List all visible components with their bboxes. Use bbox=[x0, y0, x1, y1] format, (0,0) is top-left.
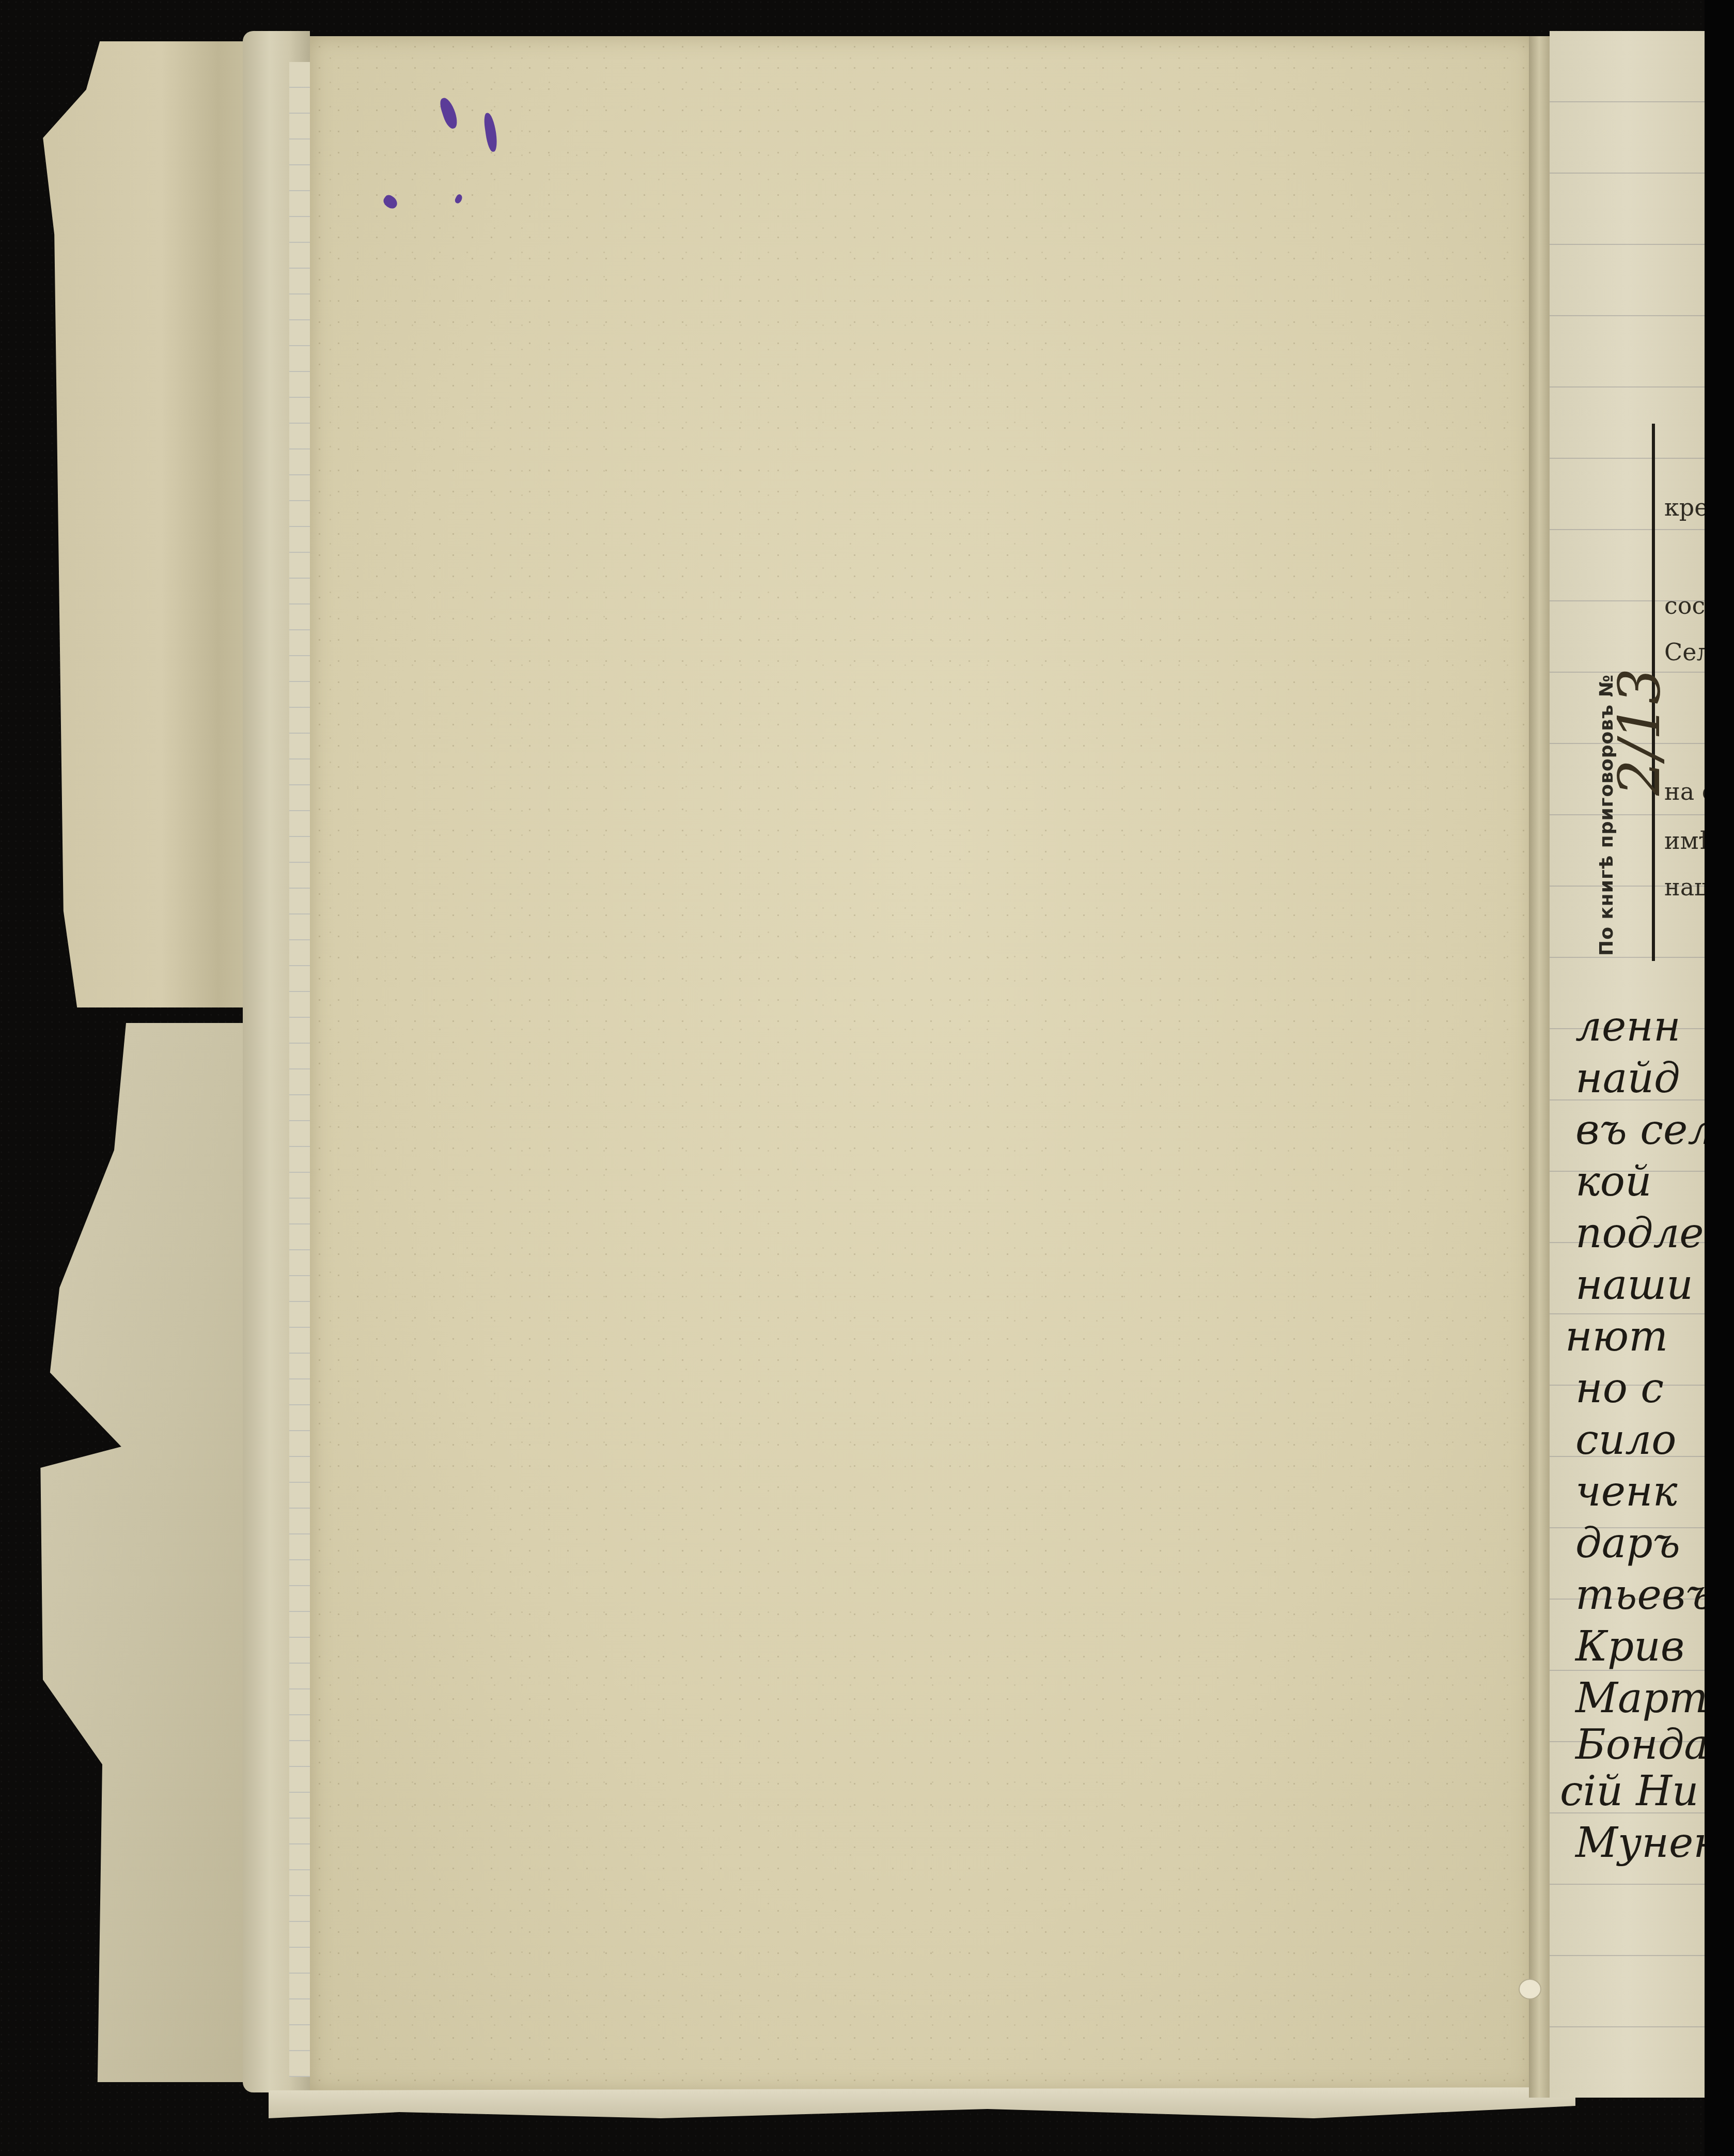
handwritten-line: найд bbox=[1575, 1054, 1680, 1102]
handwritten-line: даръ bbox=[1575, 1519, 1680, 1567]
binding-thread-knot-icon bbox=[1519, 1979, 1541, 1999]
printed-fragment: сост bbox=[1664, 592, 1705, 619]
torn-leaf-upper bbox=[36, 41, 263, 1007]
handwritten-line: Мунен bbox=[1575, 1819, 1705, 1867]
blank-left-page bbox=[310, 36, 1534, 2092]
handwritten-line: кой bbox=[1575, 1157, 1651, 1205]
register-number-value: 2/13 bbox=[1606, 668, 1673, 796]
handwritten-line: подле bbox=[1575, 1209, 1704, 1257]
handwritten-line: наши bbox=[1575, 1261, 1693, 1309]
right-page-content: крес сост Сельс на с имѣ наш ленн найд в… bbox=[1550, 0, 1705, 2156]
handwritten-line: сило bbox=[1575, 1416, 1676, 1464]
handwritten-line: Крив bbox=[1575, 1622, 1684, 1670]
printed-fragment: имѣ bbox=[1664, 827, 1705, 855]
handwritten-line: сій Ни bbox=[1560, 1767, 1699, 1815]
handwritten-line: нют bbox=[1565, 1312, 1668, 1360]
scan-edge bbox=[1705, 0, 1734, 2156]
printed-fragment: крес bbox=[1664, 493, 1705, 521]
handwritten-line: но с bbox=[1575, 1364, 1664, 1412]
handwritten-line: Бондар bbox=[1575, 1720, 1705, 1769]
printed-fragment: Сельс bbox=[1664, 638, 1705, 666]
handwritten-line: ленн bbox=[1575, 1002, 1681, 1050]
handwritten-line: ченк bbox=[1575, 1467, 1678, 1515]
handwritten-line: тьевъ bbox=[1575, 1571, 1705, 1619]
printed-fragment: наш bbox=[1664, 873, 1705, 901]
handwritten-line: въ сел bbox=[1575, 1106, 1705, 1154]
binding-gutter bbox=[1529, 36, 1550, 2098]
handwritten-line: Март bbox=[1575, 1674, 1705, 1722]
paper-texture bbox=[310, 36, 1534, 2092]
